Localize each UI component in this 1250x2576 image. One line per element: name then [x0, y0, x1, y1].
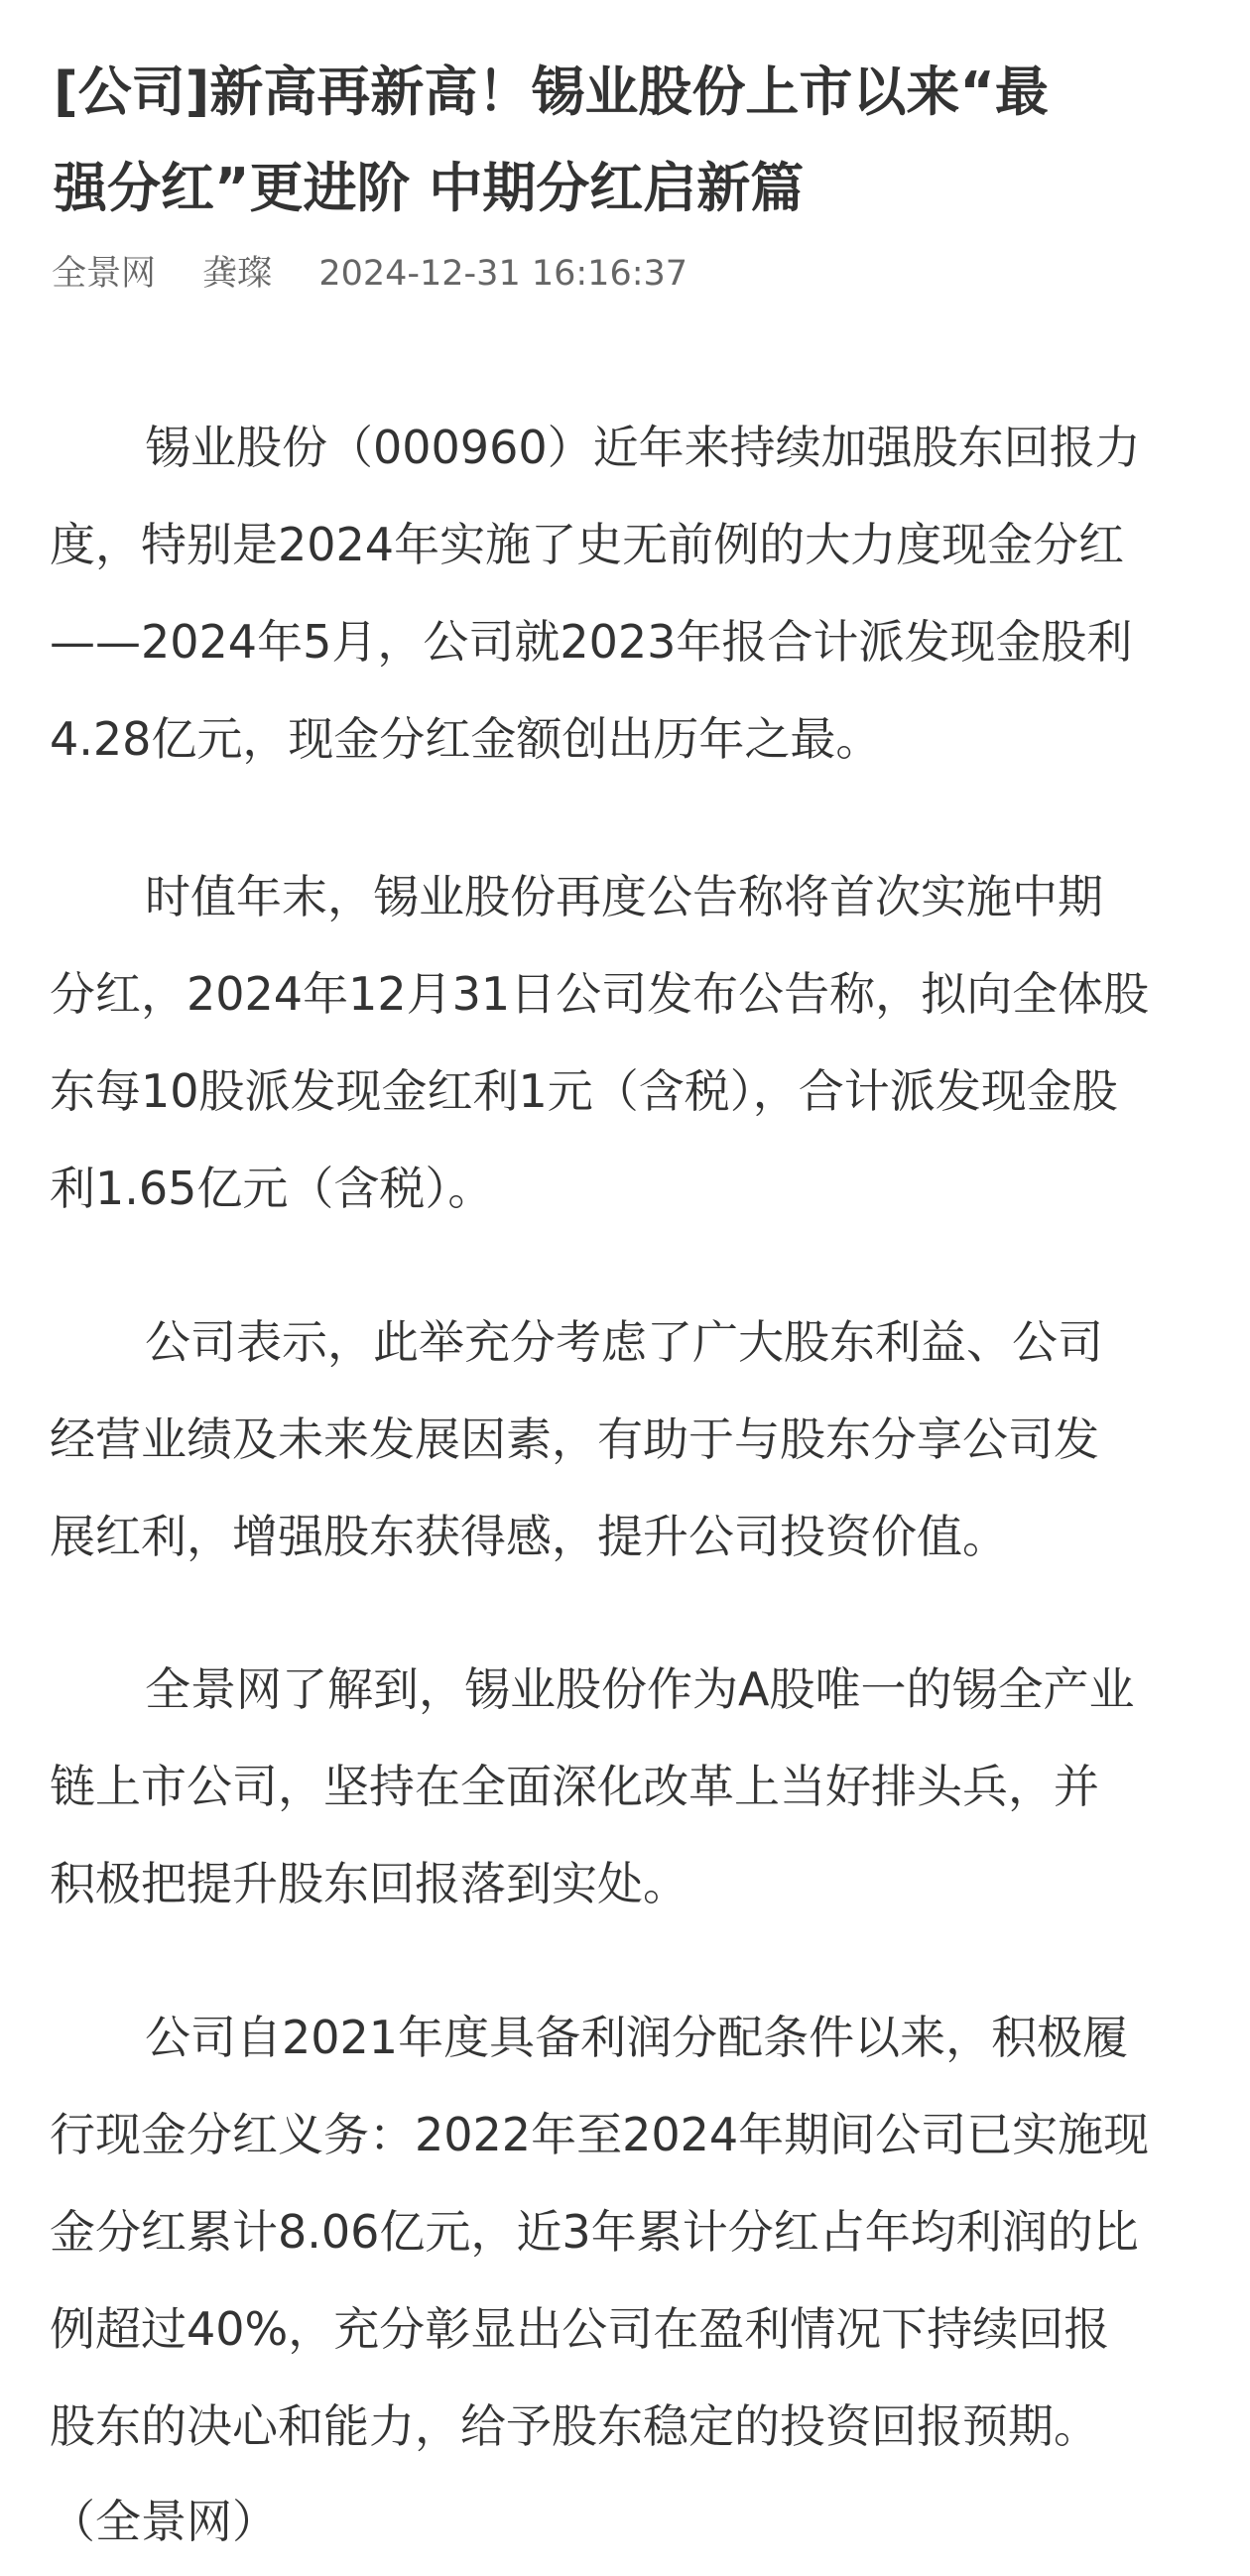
article-author: 龚璨 — [202, 252, 272, 296]
paragraph-line: 锡业股份（000960）近年来持续加强股东回报力 — [50, 399, 1141, 496]
paragraph-line: 公司表示，此举充分考虑了广大股东利益、公司 — [50, 1293, 1103, 1391]
paragraph-line: 例超过40%，充分彰显出公司在盈利情况下持续回报 — [50, 2280, 1149, 2378]
paragraph-line: 全景网了解到，锡业股份作为A股唯一的锡全产业 — [50, 1641, 1134, 1738]
paragraph-line: 分红，2024年12月31日公司发布公告称，拟向全体股 — [50, 945, 1149, 1043]
article-paragraph-1: 锡业股份（000960）近年来持续加强股东回报力 度，特别是2024年实施了史无… — [50, 399, 1141, 788]
article-paragraph-2: 时值年末，锡业股份再度公告称将首次实施中期 分红，2024年12月31日公司发布… — [50, 848, 1149, 1237]
article-source[interactable]: 全景网 — [52, 252, 156, 296]
paragraph-line: 度，特别是2024年实施了史无前例的大力度现金分红 — [50, 496, 1141, 593]
article-meta: 全景网 龚璨 2024-12-31 16:16:37 — [52, 252, 687, 296]
article-datetime: 2024-12-31 16:16:37 — [318, 252, 687, 296]
paragraph-line: 链上市公司，坚持在全面深化改革上当好排头兵，并 — [50, 1738, 1134, 1835]
news-article: [公司]新高再新高！锡业股份上市以来“最 强分红”更进阶 中期分红启新篇 全景网… — [0, 0, 1250, 2576]
paragraph-line: 时值年末，锡业股份再度公告称将首次实施中期 — [50, 848, 1149, 945]
paragraph-line: 4.28亿元，现金分红金额创出历年之最。 — [50, 690, 1141, 788]
paragraph-line: 金分红累计8.06亿元，近3年累计分红占年均利润的比 — [50, 2183, 1149, 2280]
article-title-line: 强分红”更进阶 中期分红启新篇 — [54, 140, 1049, 236]
paragraph-line: 行现金分红义务：2022年至2024年期间公司已实施现 — [50, 2086, 1149, 2183]
paragraph-line: 展红利，增强股东获得感，提升公司投资价值。 — [50, 1488, 1103, 1585]
paragraph-line: 积极把提升股东回报落到实处。 — [50, 1835, 1134, 1932]
article-title-line: [公司]新高再新高！锡业股份上市以来“最 — [54, 44, 1049, 140]
paragraph-line: 公司自2021年度具备利润分配条件以来，积极履 — [50, 1989, 1149, 2086]
paragraph-line: 经营业绩及未来发展因素，有助于与股东分享公司发 — [50, 1391, 1103, 1488]
paragraph-line: ——2024年5月，公司就2023年报合计派发现金股利 — [50, 593, 1141, 690]
article-paragraph-5: 公司自2021年度具备利润分配条件以来，积极履 行现金分红义务：2022年至20… — [50, 1989, 1149, 2475]
article-source-tag: （全景网） — [50, 2473, 278, 2570]
article-paragraph-4: 全景网了解到，锡业股份作为A股唯一的锡全产业 链上市公司，坚持在全面深化改革上当… — [50, 1641, 1134, 1932]
paragraph-line: 利1.65亿元（含税）。 — [50, 1140, 1149, 1237]
article-title: [公司]新高再新高！锡业股份上市以来“最 强分红”更进阶 中期分红启新篇 — [54, 44, 1049, 236]
paragraph-line: 股东的决心和能力，给予股东稳定的投资回报预期。 — [50, 2378, 1149, 2475]
article-paragraph-3: 公司表示，此举充分考虑了广大股东利益、公司 经营业绩及未来发展因素，有助于与股东… — [50, 1293, 1103, 1585]
paragraph-line: 东每10股派发现金红利1元（含税），合计派发现金股 — [50, 1043, 1149, 1140]
